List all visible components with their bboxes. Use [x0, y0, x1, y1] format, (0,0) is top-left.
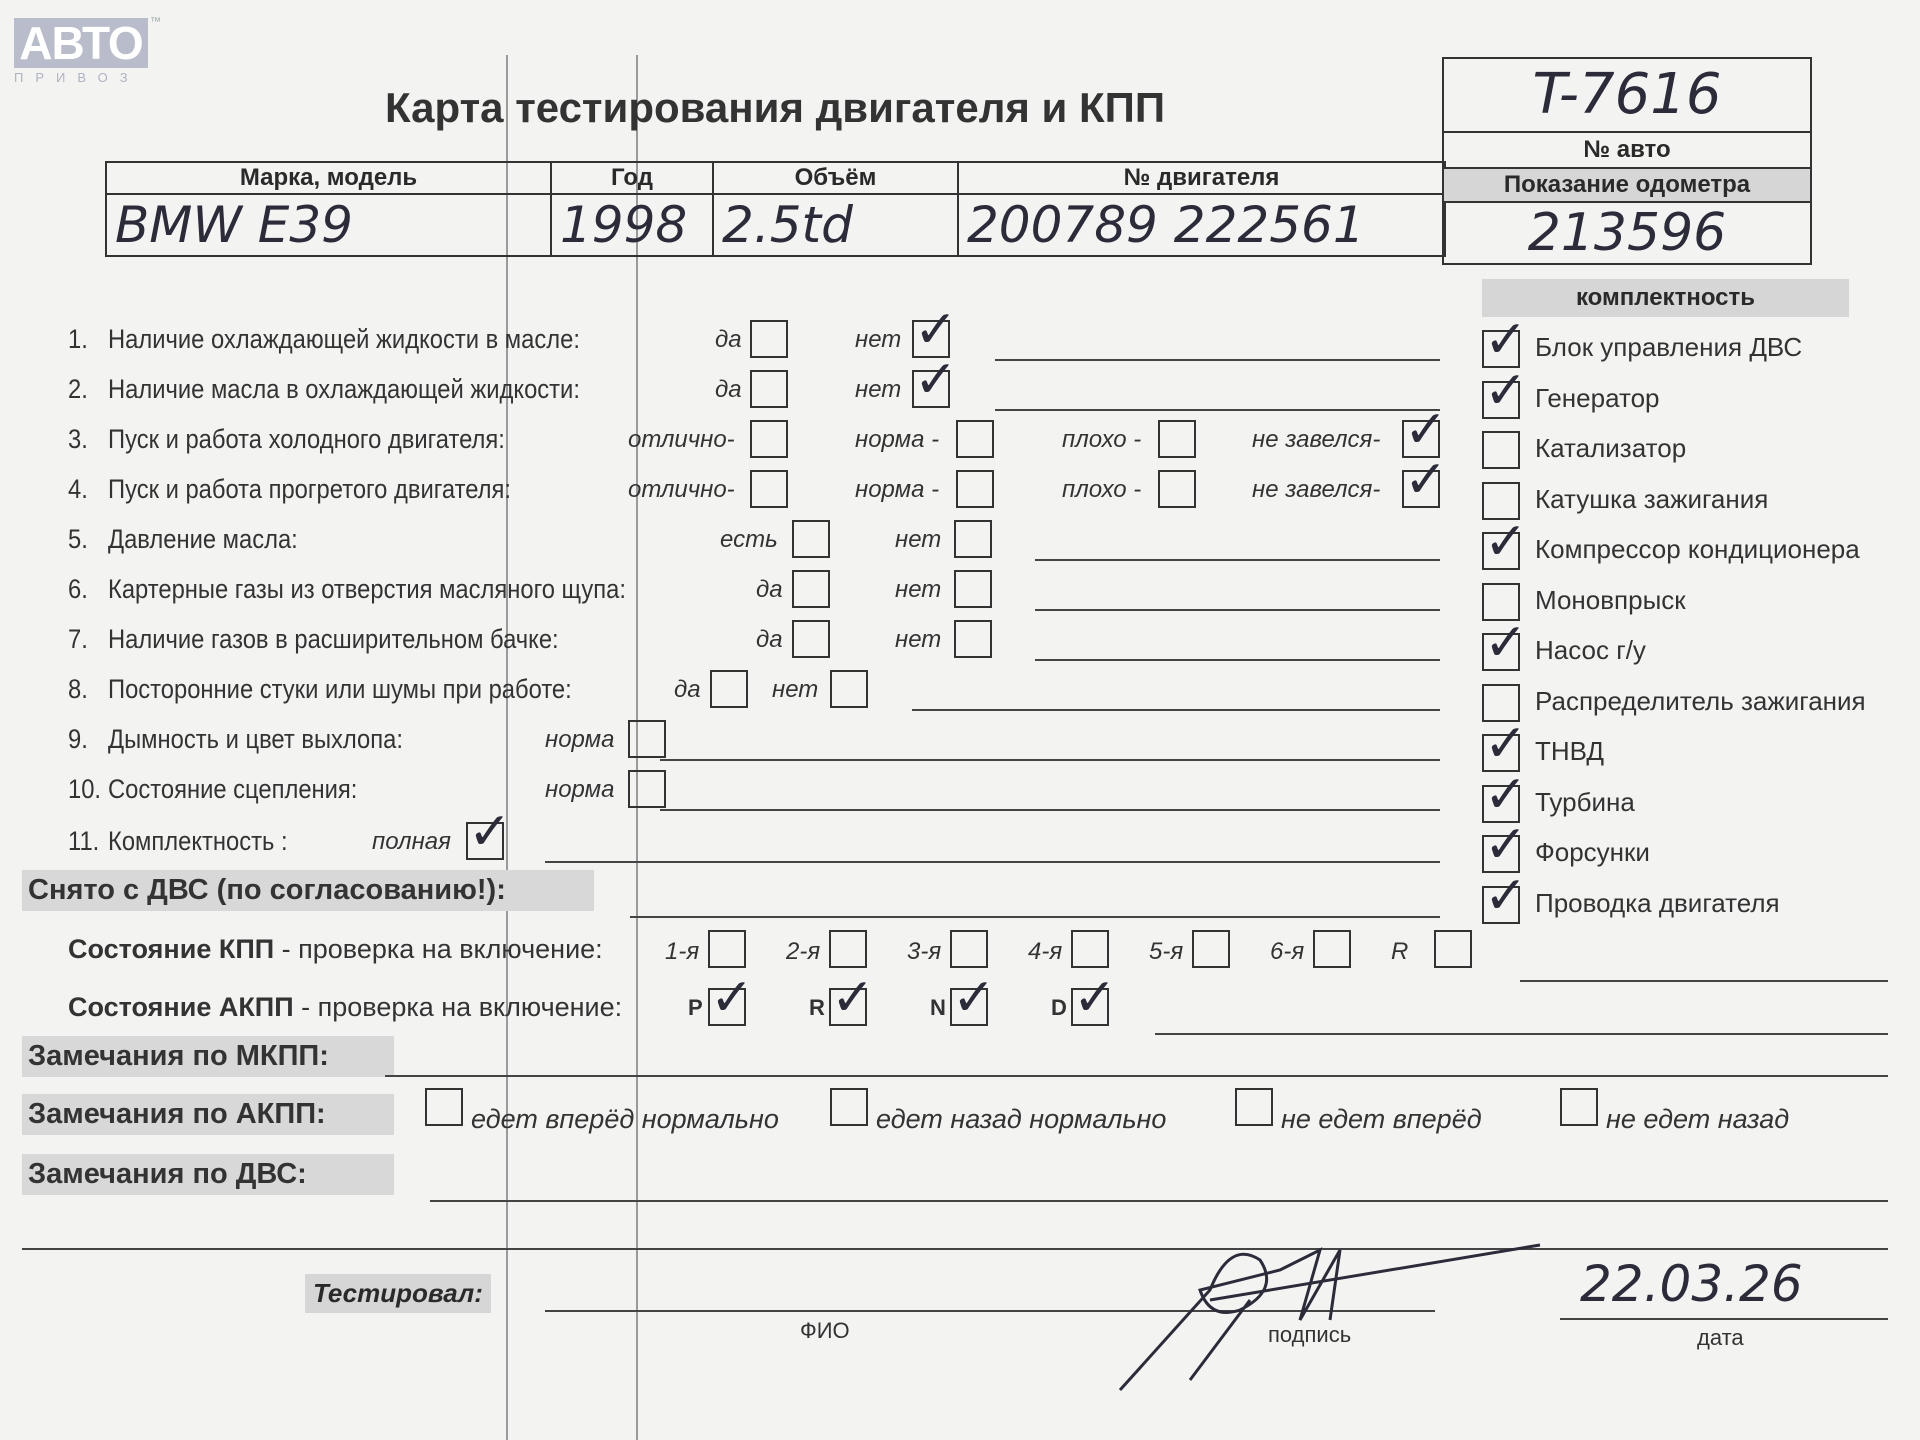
engine-number-value[interactable]: 200789 222561 [958, 194, 1445, 256]
checkmark-icon: ✓ [1404, 404, 1448, 456]
checkmark-icon: ✓ [1484, 819, 1528, 871]
option-checkbox[interactable] [1158, 420, 1196, 458]
gear-label: 3-я [907, 938, 941, 966]
option-checkbox[interactable] [628, 770, 666, 808]
completeness-item-label: Катализатор [1535, 433, 1686, 464]
col-volume: Объём [713, 162, 958, 194]
option-label: нет [772, 676, 818, 704]
date-line[interactable] [1560, 1318, 1888, 1320]
tested-by-label: Тестировал: [305, 1274, 491, 1313]
option-label: да [756, 626, 783, 654]
page-title: Карта тестирования двигателя и КПП [385, 84, 1165, 132]
akpp-remark-label: едет вперёд нормально [471, 1104, 779, 1135]
completeness-item-label: Компрессор кондиционера [1535, 534, 1860, 565]
check-label: Состояние сцепления: [108, 774, 357, 805]
check-label: Посторонние стуки или шумы при работе: [108, 674, 572, 705]
option-checkbox[interactable] [1158, 470, 1196, 508]
paper-fold-line [506, 55, 508, 1440]
completeness-item-label: Блок управления ДВС [1535, 332, 1802, 363]
check-label: Наличие охлаждающей жидкости в масле: [108, 324, 580, 355]
option-checkbox[interactable] [750, 470, 788, 508]
completeness-item-label: Катушка зажигания [1535, 484, 1768, 515]
check-number: 1. [68, 324, 88, 355]
option-label: да [715, 326, 742, 354]
check-number: 11. [68, 826, 99, 857]
option-checkbox[interactable] [956, 470, 994, 508]
gear-label: 4-я [1028, 938, 1062, 966]
option-label: полная [372, 828, 451, 856]
akpp-remarks-label: Замечания по АКПП: [22, 1094, 394, 1135]
option-checkbox[interactable] [954, 520, 992, 558]
date-label: дата [1697, 1325, 1744, 1351]
option-checkbox[interactable] [792, 570, 830, 608]
check-label: Пуск и работа прогретого двигателя: [108, 474, 511, 505]
make-model-value[interactable]: BMW E39 [106, 194, 551, 256]
akpp-gear-label: D [1051, 995, 1067, 1021]
vehicle-info-table: Марка, модель Год Объём № двигателя BMW … [105, 161, 1446, 257]
kpp-note-line[interactable] [1520, 980, 1888, 982]
gear-label: 5-я [1149, 938, 1183, 966]
gear-label: 2-я [786, 938, 820, 966]
completeness-item-label: ТНВД [1535, 736, 1604, 767]
akpp-gear-label: P [688, 995, 703, 1021]
option-label: нет [895, 576, 941, 604]
option-label: норма - [855, 426, 939, 454]
check-number: 3. [68, 424, 88, 455]
gear-checkbox[interactable] [708, 930, 746, 968]
option-checkbox[interactable] [830, 670, 868, 708]
option-label: норма [545, 776, 614, 804]
note-line[interactable] [660, 759, 1440, 761]
akpp-note-line[interactable] [1155, 1033, 1888, 1035]
gear-label: 6-я [1270, 938, 1304, 966]
completeness-item-label: Моновпрыск [1535, 585, 1686, 616]
auto-number-value[interactable]: T-7616 [1444, 59, 1810, 133]
check-label: Комплектность : [108, 826, 288, 857]
kpp-label: Состояние КПП - проверка на включение: [68, 934, 603, 965]
gear-label: R [1391, 938, 1408, 966]
check-number: 9. [68, 724, 88, 755]
option-label: норма [545, 726, 614, 754]
trademark-mark: ™ [150, 16, 161, 28]
option-label: есть [720, 526, 778, 554]
note-line[interactable] [545, 861, 1440, 863]
removed-section-label: Снято с ДВС (по согласованию!): [22, 870, 594, 911]
checkmark-icon: ✓ [1404, 454, 1448, 506]
checkmark-icon: ✓ [952, 972, 996, 1024]
odometer-value[interactable]: 213596 [1444, 203, 1810, 263]
option-label: отлично- [628, 476, 735, 504]
check-number: 8. [68, 674, 88, 705]
check-label: Дымность и цвет выхлопа: [108, 724, 403, 755]
mkpp-remarks-line[interactable] [385, 1075, 1888, 1077]
akpp-label: Состояние АКПП - проверка на включение: [68, 992, 622, 1023]
gear-checkbox[interactable] [1192, 930, 1230, 968]
option-checkbox[interactable] [956, 420, 994, 458]
option-checkbox[interactable] [954, 570, 992, 608]
akpp-remark-checkbox[interactable] [1235, 1088, 1273, 1126]
year-value[interactable]: 1998 [551, 194, 713, 256]
check-label: Наличие масла в охлаждающей жидкости: [108, 374, 580, 405]
check-number: 10. [68, 774, 101, 805]
brand-subtitle: ПРИВОЗ [14, 70, 140, 85]
option-checkbox[interactable] [792, 620, 830, 658]
checkmark-icon: ✓ [1073, 972, 1117, 1024]
option-checkbox[interactable] [954, 620, 992, 658]
date-value[interactable]: 22.03.26 [1580, 1255, 1803, 1313]
dvs-remarks-label: Замечания по ДВС: [22, 1154, 394, 1195]
removed-line[interactable] [630, 916, 1440, 918]
checkmark-icon: ✓ [710, 972, 754, 1024]
checkmark-icon: ✓ [1484, 314, 1528, 366]
option-label: нет [855, 326, 901, 354]
col-make-model: Марка, модель [106, 162, 551, 194]
completeness-item-label: Распределитель зажигания [1535, 686, 1866, 717]
option-label: не завелся- [1252, 476, 1380, 504]
option-label: норма - [855, 476, 939, 504]
volume-value[interactable]: 2.5td [713, 194, 958, 256]
completeness-title: комплектность [1482, 279, 1849, 317]
mkpp-remarks-label: Замечания по МКПП: [22, 1036, 394, 1077]
akpp-gear-label: R [809, 995, 825, 1021]
auto-info-box: T-7616 № авто Показание одометра 213596 [1442, 57, 1812, 265]
col-engine-number: № двигателя [958, 162, 1445, 194]
checkmark-icon: ✓ [468, 806, 512, 858]
akpp-remark-label: не едет вперёд [1281, 1104, 1482, 1135]
option-checkbox[interactable] [750, 320, 788, 358]
checkmark-icon: ✓ [1484, 617, 1528, 669]
option-label: да [674, 676, 701, 704]
note-line[interactable] [995, 409, 1440, 411]
checkmark-icon: ✓ [914, 304, 958, 356]
option-label: плохо - [1062, 476, 1141, 504]
option-label: да [756, 576, 783, 604]
option-checkbox[interactable] [750, 420, 788, 458]
akpp-remark-checkbox[interactable] [830, 1088, 868, 1126]
gear-checkbox[interactable] [829, 930, 867, 968]
check-number: 2. [68, 374, 88, 405]
check-label: Картерные газы из отверстия масляного щу… [108, 574, 626, 605]
note-line[interactable] [1035, 609, 1440, 611]
check-number: 6. [68, 574, 88, 605]
note-line[interactable] [1035, 659, 1440, 661]
checkmark-icon: ✓ [1484, 718, 1528, 770]
completeness-item-label: Насос г/у [1535, 635, 1646, 666]
col-year: Год [551, 162, 713, 194]
gear-checkbox[interactable] [950, 930, 988, 968]
note-line[interactable] [995, 359, 1440, 361]
kpp-label-rest: - проверка на включение: [274, 934, 603, 964]
note-line[interactable] [660, 809, 1440, 811]
option-checkbox[interactable] [750, 370, 788, 408]
check-label: Давление масла: [108, 524, 298, 555]
checkmark-icon: ✓ [831, 972, 875, 1024]
gear-checkbox[interactable] [1313, 930, 1351, 968]
dvs-remarks-line-2[interactable] [22, 1248, 1888, 1250]
completeness-checkbox[interactable] [1482, 431, 1520, 469]
akpp-remark-label: не едет назад [1606, 1104, 1789, 1135]
akpp-label-bold: Состояние АКПП [68, 992, 294, 1022]
option-label: нет [895, 626, 941, 654]
fio-label: ФИО [800, 1318, 850, 1344]
checkmark-icon: ✓ [1484, 516, 1528, 568]
check-number: 4. [68, 474, 88, 505]
akpp-remark-checkbox[interactable] [425, 1088, 463, 1126]
option-label: нет [855, 376, 901, 404]
option-label: плохо - [1062, 426, 1141, 454]
akpp-remark-label: едет назад нормально [876, 1104, 1166, 1135]
auto-number-label: № авто [1444, 133, 1810, 169]
signature-scribble [1090, 1230, 1590, 1400]
checkmark-icon: ✓ [1484, 769, 1528, 821]
gear-checkbox[interactable] [1071, 930, 1109, 968]
option-checkbox[interactable] [792, 520, 830, 558]
option-label: нет [895, 526, 941, 554]
completeness-item-label: Генератор [1535, 383, 1660, 414]
completeness-item-label: Проводка двигателя [1535, 888, 1780, 919]
option-label: да [715, 376, 742, 404]
check-number: 7. [68, 624, 88, 655]
check-label: Пуск и работа холодного двигателя: [108, 424, 505, 455]
checkmark-icon: ✓ [1484, 870, 1528, 922]
check-label: Наличие газов в расширительном бачке: [108, 624, 559, 655]
option-label: не завелся- [1252, 426, 1380, 454]
gear-label: 1-я [665, 938, 699, 966]
dvs-remarks-line[interactable] [430, 1200, 1888, 1202]
completeness-item-label: Форсунки [1535, 837, 1650, 868]
odometer-label: Показание одометра [1444, 169, 1810, 203]
akpp-label-rest: - проверка на включение: [294, 992, 623, 1022]
option-label: отлично- [628, 426, 735, 454]
brand-logo: АВТО [14, 18, 148, 68]
note-line[interactable] [1035, 559, 1440, 561]
kpp-label-bold: Состояние КПП [68, 934, 274, 964]
gear-checkbox[interactable] [1434, 930, 1472, 968]
option-checkbox[interactable] [628, 720, 666, 758]
akpp-gear-label: N [930, 995, 946, 1021]
option-checkbox[interactable] [710, 670, 748, 708]
note-line[interactable] [912, 709, 1440, 711]
akpp-remark-checkbox[interactable] [1560, 1088, 1598, 1126]
completeness-item-label: Турбина [1535, 787, 1635, 818]
check-number: 5. [68, 524, 88, 555]
checkmark-icon: ✓ [914, 354, 958, 406]
checkmark-icon: ✓ [1484, 365, 1528, 417]
